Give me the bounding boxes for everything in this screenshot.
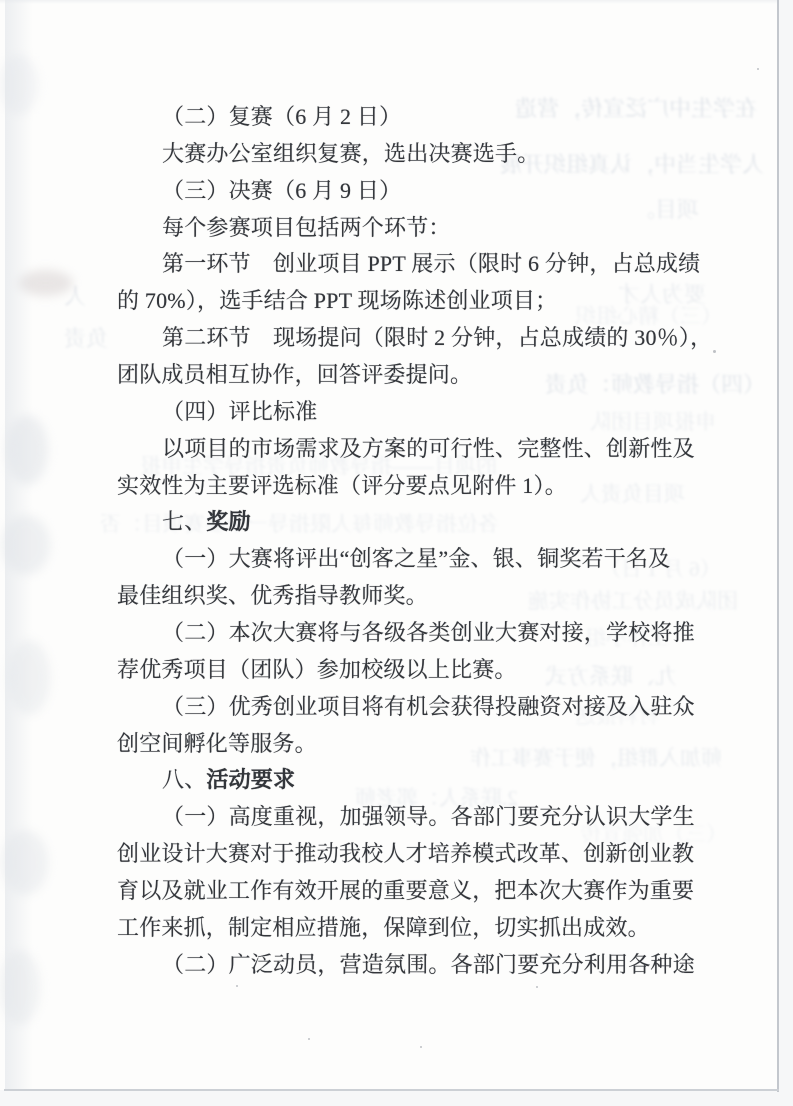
document-body: （二）复赛（6 月 2 日）大赛办公室组织复赛，选出决赛选手。（三）决赛（6 月… — [117, 99, 717, 984]
text-line: 第一环节 创业项目 PPT 展示（限时 6 分钟，占总成绩 — [117, 246, 717, 283]
text-line: 最佳组织奖、优秀指导教师奖。 — [117, 578, 717, 615]
text-line: 大赛办公室组织复赛，选出决赛选手。 — [117, 136, 717, 173]
text-line: 工作来抓，制定相应措施，保障到位，切实抓出成效。 — [117, 910, 717, 947]
text-line: （三）决赛（6 月 9 日） — [117, 173, 717, 210]
text-line: 育以及就业工作有效开展的重要意义，把本次大赛作为重要 — [117, 873, 717, 910]
section-heading: 八、活动要求 — [117, 762, 717, 799]
dust-speck — [757, 68, 759, 70]
bleedthrough-fragment: 人 — [64, 280, 86, 311]
text-line: （二）复赛（6 月 2 日） — [117, 99, 717, 136]
bleedthrough-fragment: 负责 — [64, 322, 108, 353]
text-line: 实效性为主要评选标准（评分要点见附件 1）。 — [117, 468, 717, 505]
text-line: 创空间孵化等服务。 — [117, 726, 717, 763]
text-line: 每个参赛项目包括两个环节： — [117, 210, 717, 247]
scan-edge-right — [777, 0, 779, 1092]
scan-edge-top — [0, 0, 779, 4]
section-heading-number: 七、 — [162, 509, 206, 534]
text-line: （一）高度重视，加强领导。各部门要充分认识大学生 — [117, 799, 717, 836]
scan-edge-bottom — [4, 1089, 779, 1091]
text-line: （一）大赛将评出“创客之星”金、银、铜奖若干名及 — [117, 541, 717, 578]
section-heading-title: 奖励 — [206, 509, 250, 534]
scan-edge-left — [5, 0, 33, 1090]
section-heading: 七、奖励 — [117, 504, 717, 541]
section-heading-title: 活动要求 — [206, 767, 295, 792]
text-line: （二）本次大赛将与各级各类创业大赛对接，学校将推 — [117, 615, 717, 652]
text-line: 荐优秀项目（团队）参加校级以上比赛。 — [117, 652, 717, 689]
dust-speck — [308, 1038, 310, 1040]
dust-speck — [536, 986, 538, 988]
text-line: 团队成员相互协作，回答评委提问。 — [117, 357, 717, 394]
text-line: （二）广泛动员，营造氛围。各部门要充分利用各种途 — [117, 947, 717, 984]
scanned-document-page: 在学生中广泛宣传，营造人学生当中，认真组织开展项目。要为人才人（三）精心组织负责… — [0, 0, 779, 1090]
text-line: （三）优秀创业项目将有机会获得投融资对接及入驻众 — [117, 689, 717, 726]
dust-speck — [236, 985, 238, 987]
section-heading-number: 八、 — [162, 767, 206, 792]
text-line: 第二环节 现场提问（限时 2 分钟，占总成绩的 30％）， — [117, 320, 717, 357]
text-line: 创业设计大赛对于推动我校人才培养模式改革、创新创业教 — [117, 836, 717, 873]
text-line: 的 70%），选手结合 PPT 现场陈述创业项目； — [117, 283, 717, 320]
dust-speck — [420, 1046, 422, 1048]
text-line: （四）评比标准 — [117, 394, 717, 431]
text-line: 以项目的市场需求及方案的可行性、完整性、创新性及 — [117, 431, 717, 468]
